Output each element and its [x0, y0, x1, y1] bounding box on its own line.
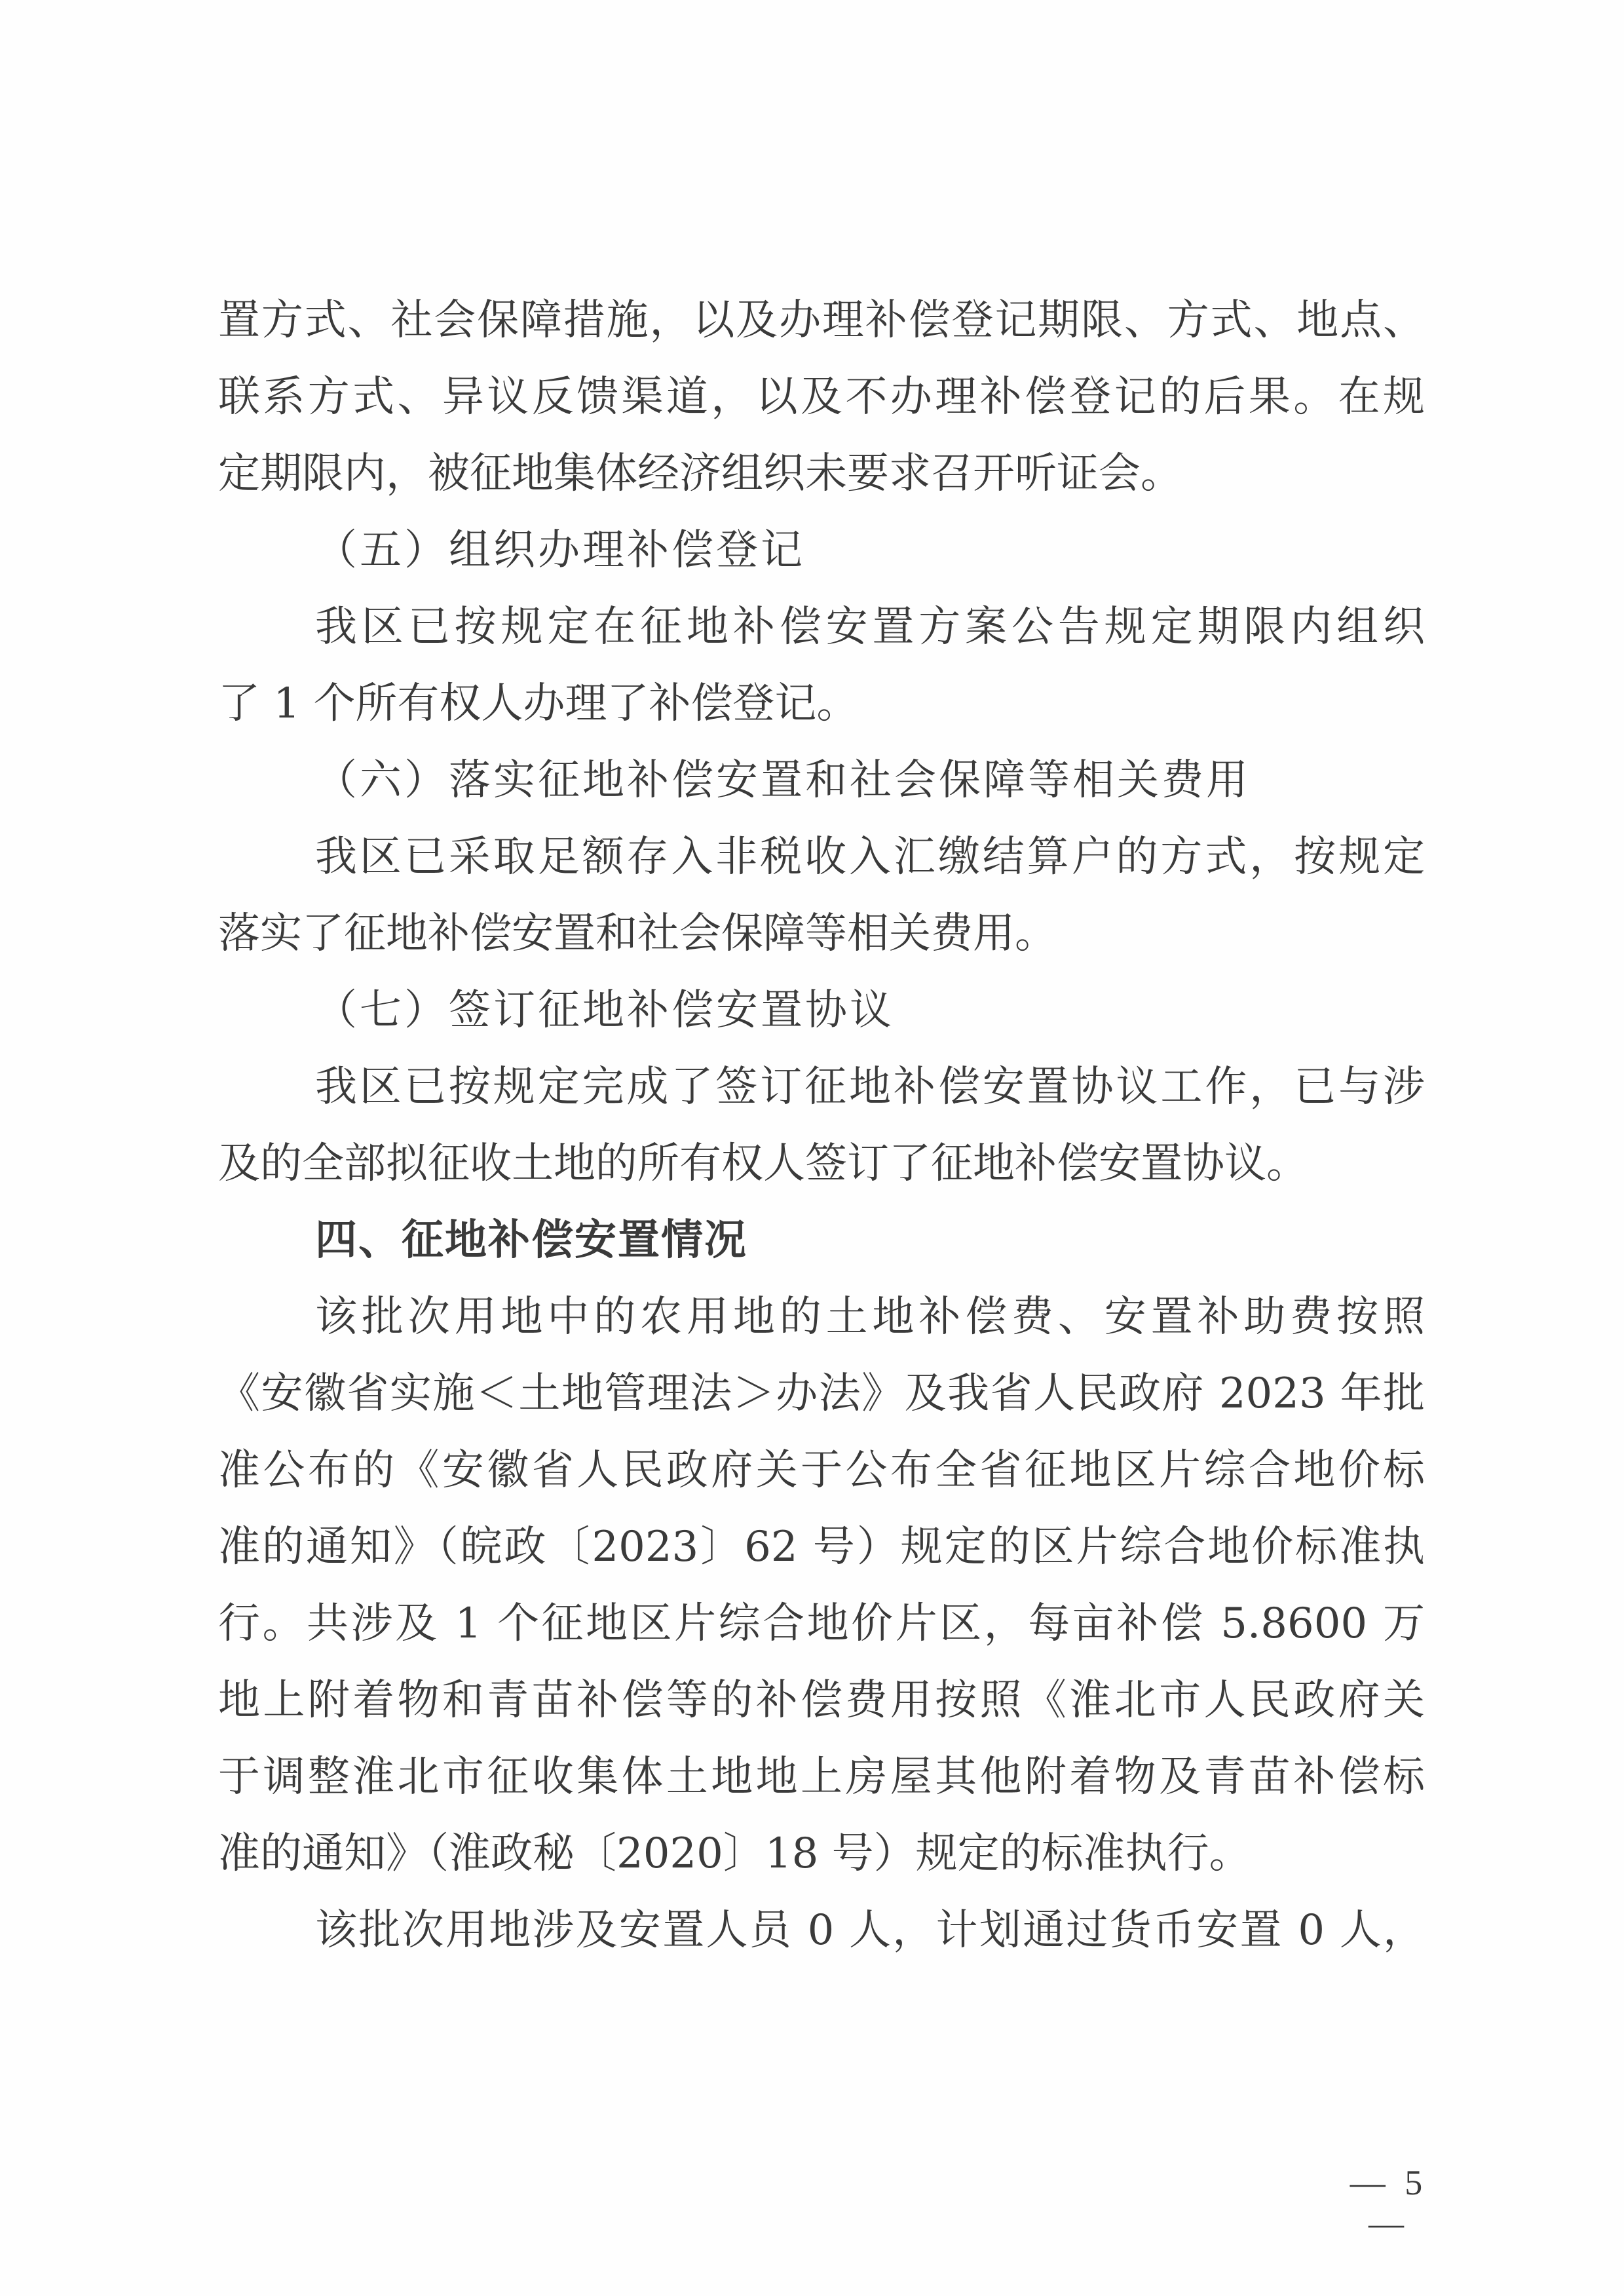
text-line: 我区已采取足额存入非税收入汇缴结算户的方式，按规定: [218, 819, 1425, 896]
text-line: 于调整淮北市征收集体土地地上房屋其他附着物及青苗补偿标: [218, 1739, 1425, 1816]
text-line: 我区已按规定完成了签订征地补偿安置协议工作，已与涉: [218, 1049, 1425, 1126]
page-number: — 5 —: [1330, 2162, 1448, 2244]
text-line: 该批次用地中的农用地的土地补偿费、安置补助费按照: [218, 1279, 1425, 1356]
text-line: 定期限内，被征地集体经济组织未要求召开听证会。: [218, 436, 1425, 512]
text-line: 了 1 个所有权人办理了补偿登记。: [218, 666, 1425, 742]
text-line: 及的全部拟征收土地的所有权人签订了征地补偿安置协议。: [218, 1126, 1425, 1202]
text-line: 落实了征地补偿安置和社会保障等相关费用。: [218, 896, 1425, 972]
text-line: 联系方式、异议反馈渠道，以及不办理补偿登记的后果。在规: [218, 359, 1425, 436]
text-line: 行。共涉及 1 个征地区片综合地价片区，每亩补偿 5.8600 万元。: [218, 1586, 1425, 1662]
section-subheading: （五）组织办理补偿登记: [218, 512, 1425, 589]
document-page: 置方式、社会保障措施，以及办理补偿登记期限、方式、地点、 联系方式、异议反馈渠道…: [0, 0, 1624, 2296]
text-line: 该批次用地涉及安置人员 0 人，计划通过货币安置 0 人，: [218, 1892, 1425, 1969]
section-subheading: （六）落实征地补偿安置和社会保障等相关费用: [218, 742, 1425, 819]
body-text: 置方式、社会保障措施，以及办理补偿登记期限、方式、地点、 联系方式、异议反馈渠道…: [218, 282, 1425, 1969]
text-line: 《安徽省实施＜土地管理法＞办法》及我省人民政府 2023 年批: [218, 1356, 1425, 1432]
section-subheading: （七）签订征地补偿安置协议: [218, 972, 1425, 1049]
text-line: 我区已按规定在征地补偿安置方案公告规定期限内组织: [218, 589, 1425, 666]
text-line: 准公布的《安徽省人民政府关于公布全省征地区片综合地价标: [218, 1432, 1425, 1509]
section-heading: 四、征地补偿安置情况: [218, 1202, 1425, 1279]
text-line: 地上附着物和青苗补偿等的补偿费用按照《淮北市人民政府关: [218, 1662, 1425, 1739]
text-line: 准的通知》（皖政〔2023〕62 号）规定的区片综合地价标准执: [218, 1509, 1425, 1586]
text-line: 准的通知》（淮政秘〔2020〕18 号）规定的标准执行。: [218, 1816, 1425, 1892]
text-line: 置方式、社会保障措施，以及办理补偿登记期限、方式、地点、: [218, 282, 1425, 359]
